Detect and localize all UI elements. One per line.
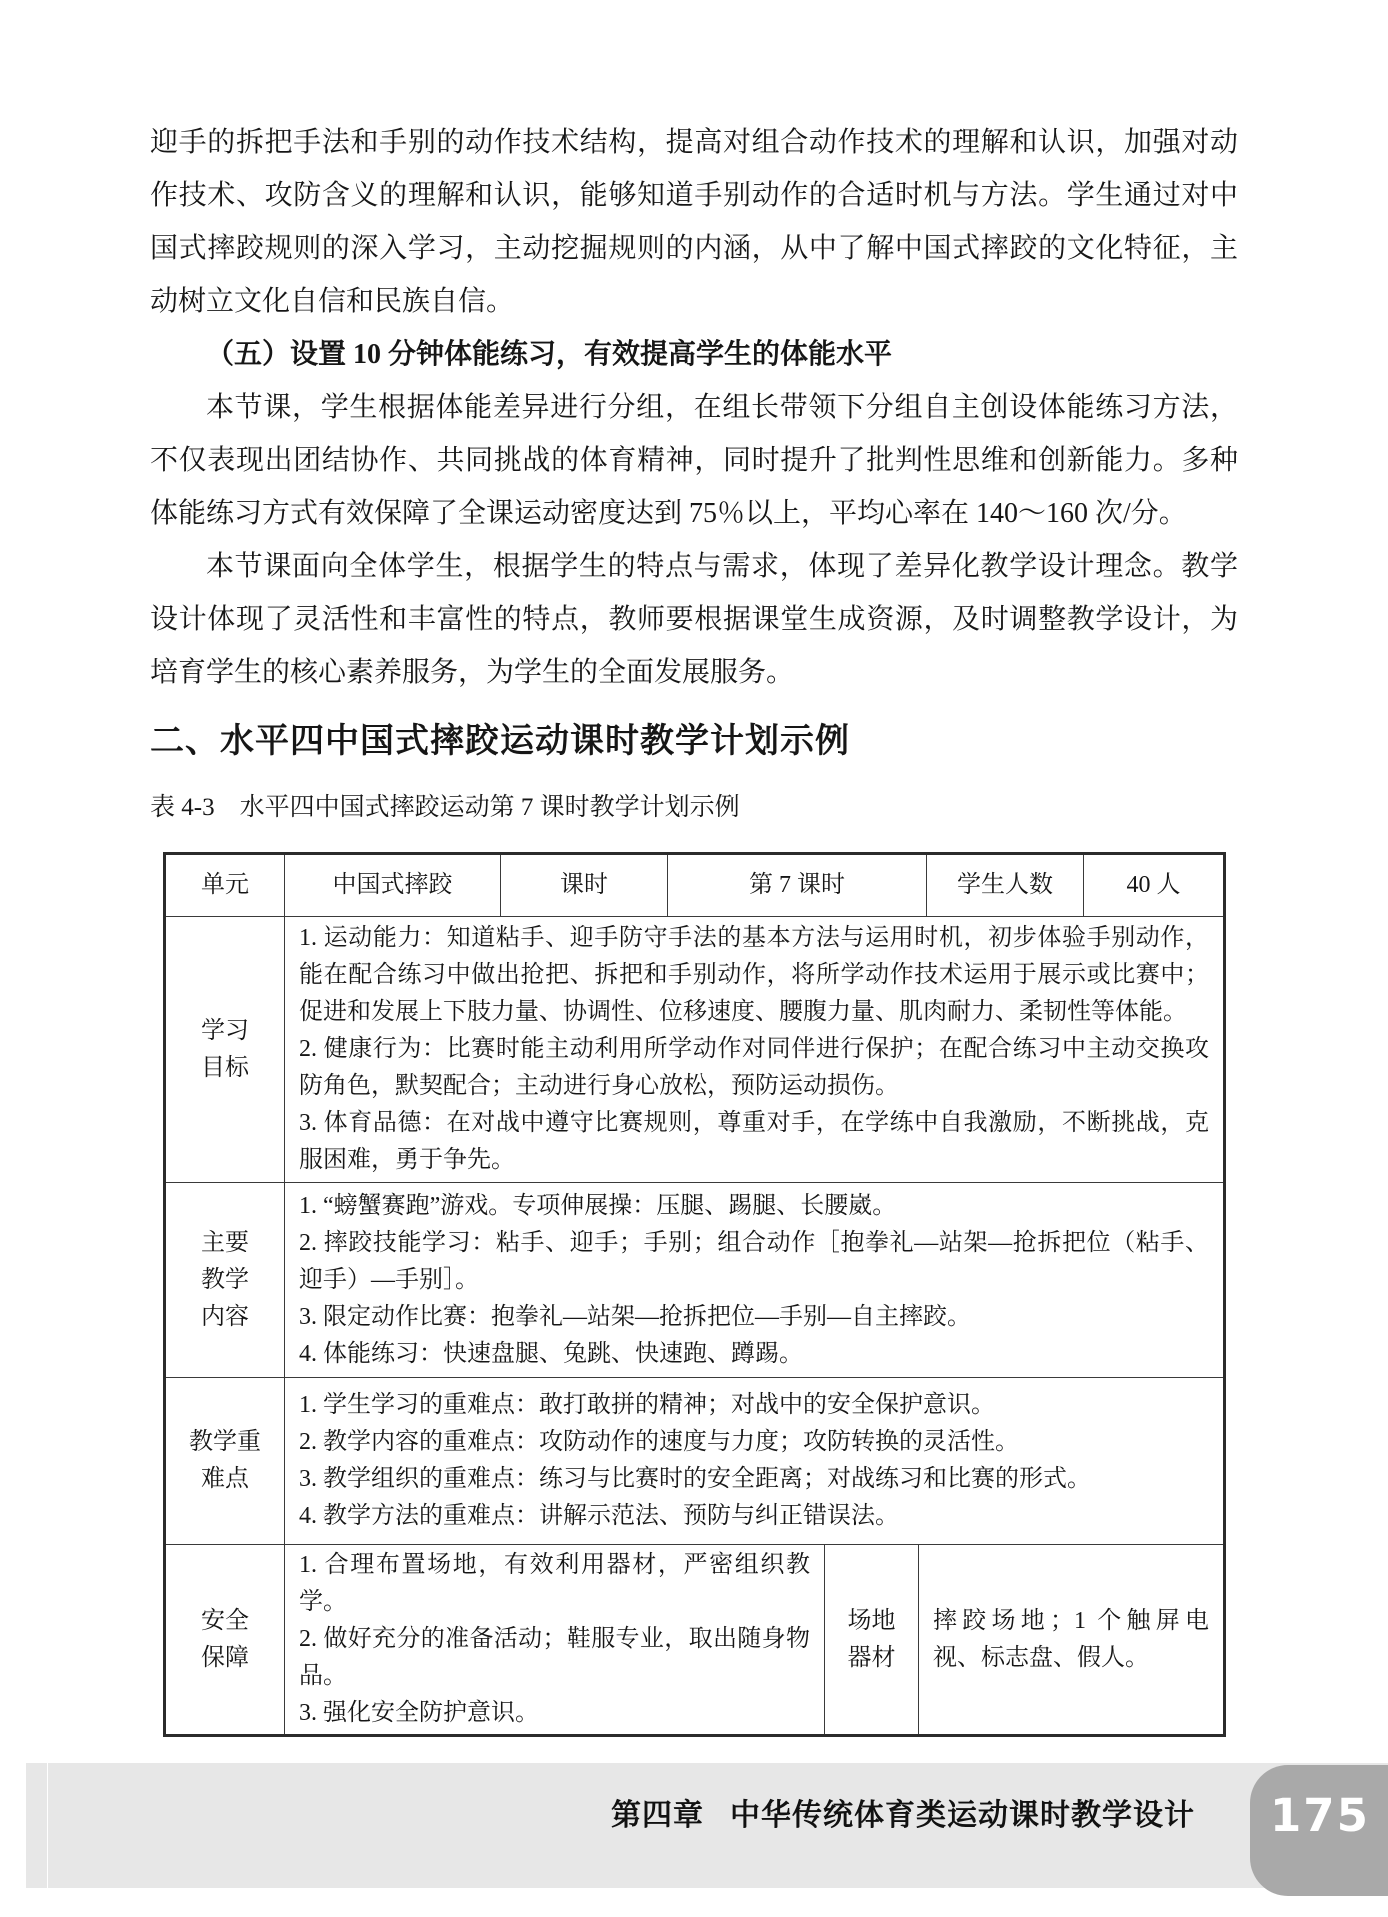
page-number: 175: [1270, 1789, 1370, 1842]
section-heading: 二、水平四中国式摔跤运动课时教学计划示例: [150, 717, 1238, 765]
table-row-goals: 学习 目标 1. 运动能力：知道粘手、迎手防守手法的基本方法与运用时机，初步体验…: [165, 917, 1225, 1183]
row-content-safety: 1. 合理布置场地，有效利用器材，严密组织教学。 2. 做好充分的准备活动；鞋服…: [285, 1545, 825, 1736]
goals-item-3: 3. 体育品德：在对战中遵守比赛规则，尊重对手，在学练中自我激励，不断挑战，克服…: [299, 1105, 1209, 1179]
contents-item-4: 4. 体能练习：快速盘腿、兔跳、快速跑、蹲踢。: [299, 1336, 1209, 1373]
table-row-difficulties: 教学重 难点 1. 学生学习的重难点：敢打敢拼的精神；对战中的安全保护意识。 2…: [165, 1378, 1225, 1545]
row-content-goals: 1. 运动能力：知道粘手、迎手防守手法的基本方法与运用时机，初步体验手别动作，能…: [285, 917, 1225, 1183]
header-unit-label: 单元: [165, 854, 285, 917]
subsection-heading: （五）设置 10 分钟体能练习，有效提高学生的体能水平: [150, 328, 1238, 381]
row-content-difficulties: 1. 学生学习的重难点：敢打敢拼的精神；对战中的安全保护意识。 2. 教学内容的…: [285, 1378, 1225, 1545]
header-students-label: 学生人数: [927, 854, 1084, 917]
difficulties-item-1: 1. 学生学习的重难点：敢打敢拼的精神；对战中的安全保护意识。: [299, 1387, 1209, 1424]
table-caption: 表 4-3 水平四中国式摔跤运动第 7 课时教学计划示例: [150, 789, 1238, 827]
page-content: 迎手的拆把手法和手别的动作技术结构，提高对组合动作技术的理解和认识，加强对动作技…: [150, 116, 1238, 827]
row-label-contents: 主要 教学 内容: [165, 1183, 285, 1378]
safety-item-2: 2. 做好充分的准备活动；鞋服专业，取出随身物品。: [299, 1621, 810, 1695]
table-row-safety: 安全 保障 1. 合理布置场地，有效利用器材，严密组织教学。 2. 做好充分的准…: [165, 1545, 1225, 1736]
table-row-contents: 主要 教学 内容 1. “螃蟹赛跑”游戏。专项伸展操：压腿、踢腿、长腰崴。 2.…: [165, 1183, 1225, 1378]
safety-item-3: 3. 强化安全防护意识。: [299, 1695, 810, 1732]
header-period-label: 课时: [501, 854, 668, 917]
contents-item-1: 1. “螃蟹赛跑”游戏。专项伸展操：压腿、踢腿、长腰崴。: [299, 1188, 1209, 1225]
table-header-row: 单元 中国式摔跤 课时 第 7 课时 学生人数 40 人: [165, 854, 1225, 917]
body-paragraph-3: 本节课面向全体学生，根据学生的特点与需求，体现了差异化教学设计理念。教学设计体现…: [150, 540, 1238, 699]
lesson-plan-table: 单元 中国式摔跤 课时 第 7 课时 学生人数 40 人 学习 目标 1. 运动…: [163, 852, 1223, 1675]
goals-item-2: 2. 健康行为：比赛时能主动利用所学动作对同伴进行保护；在配合练习中主动交换攻防…: [299, 1031, 1209, 1105]
footer-chapter-number: 第四章: [611, 1799, 704, 1832]
row-label-safety: 安全 保障: [165, 1545, 285, 1736]
venue-value: 摔跤场地；1 个触屏电视、标志盘、假人。: [919, 1545, 1225, 1736]
footer-chapter-title: 中华传统体育类运动课时教学设计: [730, 1799, 1195, 1832]
venue-label: 场地 器材: [825, 1545, 919, 1736]
difficulties-item-3: 3. 教学组织的重难点：练习与比赛时的安全距离；对战练习和比赛的形式。: [299, 1461, 1209, 1498]
row-content-contents: 1. “螃蟹赛跑”游戏。专项伸展操：压腿、踢腿、长腰崴。 2. 摔跤技能学习：粘…: [285, 1183, 1225, 1378]
body-paragraph-2: 本节课，学生根据体能差异进行分组，在组长带领下分组自主创设体能练习方法，不仅表现…: [150, 381, 1238, 540]
footer-band-notch: [26, 1763, 47, 1888]
row-label-difficulties: 教学重 难点: [165, 1378, 285, 1545]
header-students-value: 40 人: [1084, 854, 1225, 917]
header-unit-value: 中国式摔跤: [285, 854, 501, 917]
body-paragraph-1: 迎手的拆把手法和手别的动作技术结构，提高对组合动作技术的理解和认识，加强对动作技…: [150, 116, 1238, 328]
header-period-value: 第 7 课时: [668, 854, 927, 917]
row-label-goals: 学习 目标: [165, 917, 285, 1183]
goals-item-1: 1. 运动能力：知道粘手、迎手防守手法的基本方法与运用时机，初步体验手别动作，能…: [299, 920, 1209, 1031]
difficulties-item-4: 4. 教学方法的重难点：讲解示范法、预防与纠正错误法。: [299, 1498, 1209, 1535]
contents-item-2: 2. 摔跤技能学习：粘手、迎手；手别；组合动作［抱拳礼—站架—抢拆把位（粘手、迎…: [299, 1225, 1209, 1299]
safety-item-1: 1. 合理布置场地，有效利用器材，严密组织教学。: [299, 1547, 810, 1621]
difficulties-item-2: 2. 教学内容的重难点：攻防动作的速度与力度；攻防转换的灵活性。: [299, 1424, 1209, 1461]
footer-chapter-line: 第四章中华传统体育类运动课时教学设计: [611, 1797, 1195, 1835]
contents-item-3: 3. 限定动作比赛：抱拳礼—站架—抢拆把位—手别—自主摔跤。: [299, 1299, 1209, 1336]
page-number-tab: 175: [1250, 1765, 1388, 1896]
